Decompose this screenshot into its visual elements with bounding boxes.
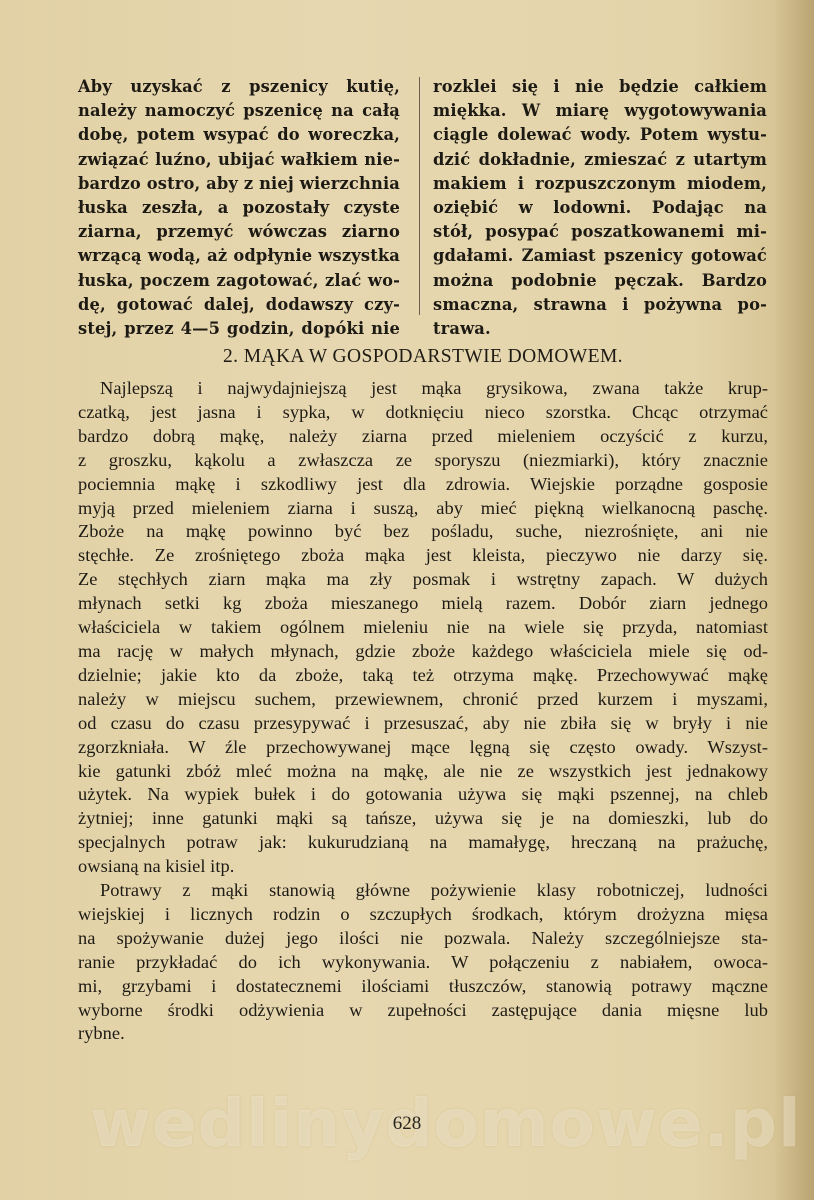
- text-line: owsianą na kisiel itp.: [78, 855, 768, 879]
- text-line: wyborne środki odżywienia w zupełności z…: [78, 999, 768, 1023]
- text-line: żytniej; inne gatunki mąki są tańsze, uż…: [78, 807, 768, 831]
- text-line: ciągle dolewać wody. Potem wystu-: [433, 123, 767, 147]
- text-line: czatką, jest jasna i sypka, w dotknięciu…: [78, 401, 768, 425]
- text-line: dzielnie; jakie kto da zboże, taką też o…: [78, 664, 768, 688]
- text-line: smaczna, strawna i pożywna po-: [433, 293, 767, 317]
- text-line: makiem i rozpuszczonym miodem,: [433, 172, 767, 196]
- text-line: zgorzkniała. W źle przechowywanej mące l…: [78, 736, 768, 760]
- text-line: ranie przykładać do ich wykonywania. W p…: [78, 951, 768, 975]
- text-line: rybne.: [78, 1022, 768, 1046]
- text-line: należy w miejscu suchem, przewiewnem, ch…: [78, 688, 768, 712]
- text-line: stęchłe. Ze zrośniętego zboża mąka jest …: [78, 544, 768, 568]
- text-line: łuska, poczem zagotować, zlać wo-: [78, 269, 400, 293]
- book-page: Aby uzyskać z pszenicy kutię, należy nam…: [0, 0, 814, 1200]
- text-line: na spożywanie dużej jego ilości nie pozw…: [78, 927, 768, 951]
- text-line: stej, przez 4—5 godzin, dopóki nie: [78, 317, 400, 341]
- text-line: miękka. W miarę wygotowywania: [433, 99, 767, 123]
- recipe-left-column: Aby uzyskać z pszenicy kutię, należy nam…: [78, 75, 400, 341]
- text-line: właściciela w takiem ogólnem mieleniu ni…: [78, 616, 768, 640]
- section-body: Najlepszą i najwydajniejszą jest mąka gr…: [78, 377, 768, 1046]
- text-line: związać luźno, ubijać wałkiem nie-: [78, 148, 400, 172]
- paragraph-1: Najlepszą i najwydajniejszą jest mąka gr…: [78, 377, 768, 879]
- recipe-right-column: rozklei się i nie będzie całkiem miękka.…: [433, 75, 767, 341]
- text-line: z groszku, kąkolu a zwłaszcza ze sporysz…: [78, 449, 768, 473]
- text-line: bardzo ostro, aby z niej wierzchnia: [78, 172, 400, 196]
- text-line: łuska zeszła, a pozostały czyste: [78, 196, 400, 220]
- text-line: oziębić w lodowni. Podając na: [433, 196, 767, 220]
- text-line: ziarna, przemyć wówczas ziarno: [78, 220, 400, 244]
- text-line: można podobnie pęczak. Bardzo: [433, 269, 767, 293]
- text-line: ma rację w małych młynach, gdzie zboże k…: [78, 640, 768, 664]
- page-number: 628: [0, 1113, 814, 1135]
- text-line: od czasu do czasu przesypywać i przesusz…: [78, 712, 768, 736]
- text-line: Zboże na mąkę powinno być bez pośladu, s…: [78, 520, 768, 544]
- text-line: bardzo dobrą mąkę, należy ziarna przed m…: [78, 425, 768, 449]
- text-line: wrzącą wodą, aż odpłynie wszystka: [78, 244, 400, 268]
- text-line: Najlepszą i najwydajniejszą jest mąka gr…: [78, 377, 768, 401]
- text-line: rozklei się i nie będzie całkiem: [433, 75, 767, 99]
- text-line: trawa.: [433, 317, 767, 341]
- text-line: pociemnia mąkę i szkodliwy jest dla zdro…: [78, 473, 768, 497]
- text-line: wiejskiej i licznych rodzin o szczupłych…: [78, 903, 768, 927]
- text-line: Potrawy z mąki stanowią główne pożywieni…: [78, 879, 768, 903]
- text-line: Aby uzyskać z pszenicy kutię,: [78, 75, 400, 99]
- column-divider: [419, 77, 420, 315]
- text-line: użytek. Na wypiek bułek i do gotowania u…: [78, 783, 768, 807]
- text-line: należy namoczyć pszenicę na całą: [78, 99, 400, 123]
- recipe-two-columns: Aby uzyskać z pszenicy kutię, należy nam…: [78, 75, 766, 320]
- text-line: kie gatunki zbóż mleć można na mąkę, ale…: [78, 760, 768, 784]
- text-line: młynach setki kg zboża mieszanego mielą …: [78, 592, 768, 616]
- paragraph-2: Potrawy z mąki stanowią główne pożywieni…: [78, 879, 768, 1046]
- text-line: dzić dokładnie, zmieszać z utartym: [433, 148, 767, 172]
- text-line: Ze stęchłych ziarn mąka ma zły posmak i …: [78, 568, 768, 592]
- text-line: gdałami. Zamiast pszenicy gotować: [433, 244, 767, 268]
- section-heading: 2. MĄKA W GOSPODARSTWIE DOMOWEM.: [78, 346, 768, 368]
- text-line: dobę, potem wsypać do woreczka,: [78, 123, 400, 147]
- text-line: mi, grzybami i dostatecznemi ilościami t…: [78, 975, 768, 999]
- text-line: myją przed mieleniem ziarna i suszą, aby…: [78, 497, 768, 521]
- text-line: dę, gotować dalej, dodawszy czy-: [78, 293, 400, 317]
- text-line: specjalnych potraw jak: kukurudzianą na …: [78, 831, 768, 855]
- text-line: stół, posypać poszatkowanemi mi-: [433, 220, 767, 244]
